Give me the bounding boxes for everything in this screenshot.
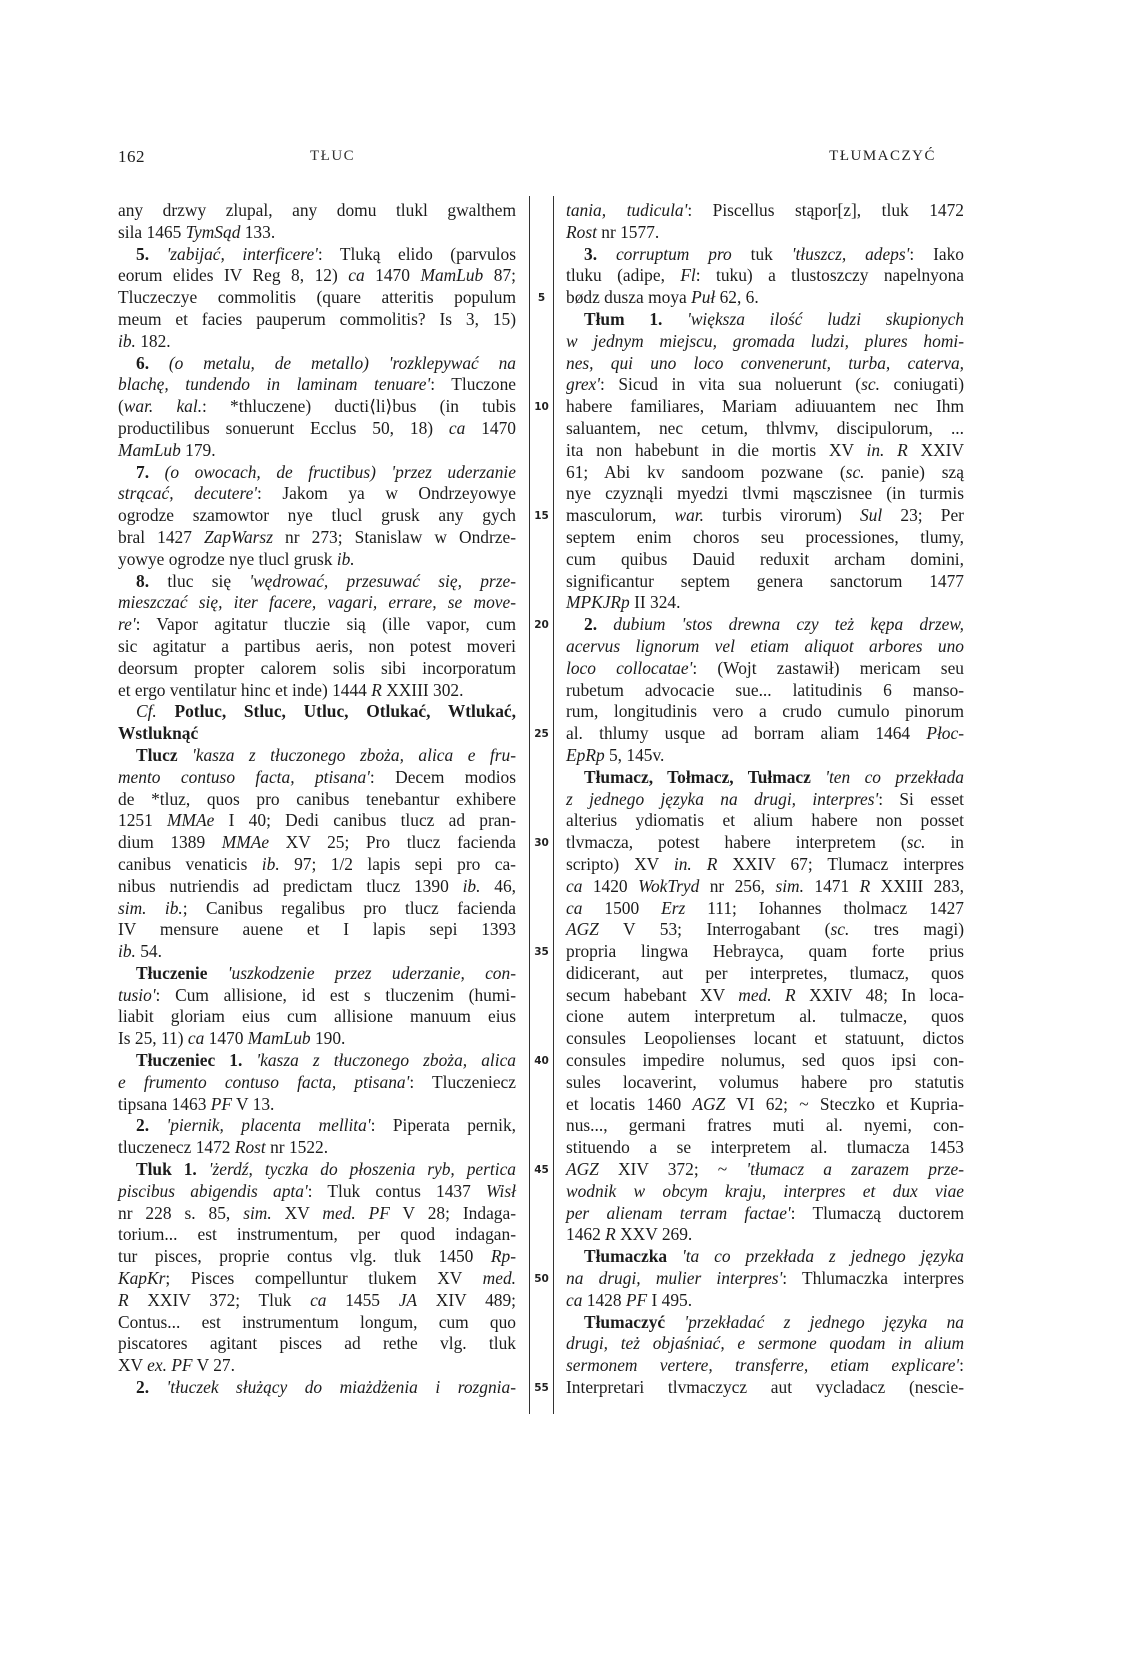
italic-text: R — [605, 1224, 616, 1244]
text-line: AGZ XIV 372; ~ 'tłumacz a zarazem prze- — [566, 1159, 964, 1181]
text-run: et locatis 1460 — [566, 1094, 692, 1114]
italic-text: Płoc- — [926, 723, 964, 743]
headword: Tłumaczka — [584, 1246, 667, 1266]
text-line: 3. corruptum pro tuk 'tłuszcz, adeps': I… — [566, 244, 964, 266]
italic-text: 'kasza z tłuczonego zboża, alica — [256, 1050, 516, 1070]
text-run — [178, 745, 193, 765]
text-line: MamLub 179. — [118, 440, 516, 462]
text-run: al. thlumy usque ad borram aliam 1464 — [566, 723, 926, 743]
text-line: sic agitatur a partibus aeris, non potes… — [118, 636, 516, 658]
italic-text: ZapWarsz — [204, 527, 273, 547]
text-run: bral 1427 — [118, 527, 204, 547]
text-line: 61; Abi kv sandoom pozwane (sc. panie) s… — [566, 462, 964, 484]
line-number: 45 — [531, 1164, 552, 1176]
italic-text: sc. — [861, 374, 880, 394]
headword: 8. — [136, 571, 149, 591]
text-run: 1455 — [327, 1290, 399, 1310]
text-line: tlvmacza, potest habere interpretem (sc.… — [566, 832, 964, 854]
headword: Tłumacz, Tołmacz, Tułmacz — [584, 767, 811, 787]
text-line: nibus nutriendis ad predictam tlucz 1390… — [118, 876, 516, 898]
italic-text: sim. — [775, 876, 804, 896]
italic-text: R — [118, 1290, 129, 1310]
text-run: tres magi) — [849, 919, 964, 939]
text-run: 1500 — [582, 898, 661, 918]
text-run: : tuku) a tlustoszczy napelnyona — [696, 265, 964, 285]
italic-text: in. — [674, 854, 692, 874]
italic-text: corruptum pro — [616, 244, 732, 264]
text-line: rubetum advocacie sue... latitudinis 6 m… — [566, 680, 964, 702]
text-line: rum, longitudinis vero a crudo cumulo pi… — [566, 701, 964, 723]
text-line: sules locaverint, volumus habere pro sta… — [566, 1072, 964, 1094]
text-run — [207, 963, 227, 983]
italic-text: ca — [348, 265, 364, 285]
text-run: sila 1465 — [118, 222, 186, 242]
headword: 6. — [136, 353, 149, 373]
italic-text: 'żerdź, tyczka do płoszenia ryb, pertica — [209, 1159, 516, 1179]
text-run: cione autem interpretum al. tulmacze, qu… — [566, 1006, 964, 1026]
text-run: XV — [272, 1203, 323, 1223]
italic-text: ca — [188, 1028, 204, 1048]
headword: Tłuczenie — [136, 963, 207, 983]
text-line: habere familiares, Mariam adiuuantem nec… — [566, 396, 964, 418]
text-run: 1428 — [582, 1290, 625, 1310]
text-line: 6. (o metalu, de metallo) 'rozklepywać n… — [118, 353, 516, 375]
text-run: VI 62; ~ Steczko et Kupria- — [725, 1094, 964, 1114]
text-run: XIV 372; ~ — [599, 1159, 746, 1179]
text-run — [772, 985, 785, 1005]
text-line: sermonem vertere, transferre, etiam expl… — [566, 1355, 964, 1377]
italic-text: R — [897, 440, 908, 460]
italic-text: strącać, decutere' — [118, 483, 257, 503]
text-run: ita non habebunt in die mortis XV — [566, 440, 867, 460]
text-run: any drzwy zlupal, any domu tlukl gwalthe… — [118, 200, 516, 220]
text-line: Tłum 1. 'większa ilość ludzi skupionych — [566, 309, 964, 331]
text-run: : Tluczeniecz — [409, 1072, 516, 1092]
italic-text: med. — [322, 1203, 355, 1223]
text-line: eorum elides IV Reg 8, 12) ca 1470 MamLu… — [118, 265, 516, 287]
text-run: in — [926, 832, 964, 852]
text-line: sim. ib.; Canibus regalibus pro tlucz fa… — [118, 898, 516, 920]
text-line: EpRp 5, 145v. — [566, 745, 964, 767]
headword: 2. — [136, 1377, 149, 1397]
text-run: : Iako — [909, 244, 964, 264]
text-run: piscatores agitant pisces ad rethe vlg. … — [118, 1333, 516, 1353]
text-run — [597, 244, 616, 264]
italic-text: war. kal. — [124, 396, 202, 416]
text-line: et locatis 1460 AGZ VI 62; ~ Steczko et … — [566, 1094, 964, 1116]
text-run: 190. — [311, 1028, 346, 1048]
text-line: canibus venaticis ib. 97; 1/2 lapis sepi… — [118, 854, 516, 876]
text-line: ca 1428 PF I 495. — [566, 1290, 964, 1312]
text-run — [149, 1377, 167, 1397]
italic-text: re' — [118, 614, 136, 634]
text-line: cum quibus Dauid reduxit archam domini, — [566, 549, 964, 571]
italic-text: wodnik w obcym kraju, interpres et dux v… — [566, 1181, 964, 1201]
text-run: 182. — [136, 331, 171, 351]
text-line: cione autem interpretum al. tulmacze, qu… — [566, 1006, 964, 1028]
italic-text: piscibus abigendis apta' — [118, 1181, 308, 1201]
headword: Tłum 1. — [584, 309, 662, 329]
text-line: (war. kal.: *thluczene) ducti⟨li⟩bus (in… — [118, 396, 516, 418]
text-line: tluczenecz 1472 Rost nr 1522. — [118, 1137, 516, 1159]
left-text-column: any drzwy zlupal, any domu tlukl gwalthe… — [118, 200, 516, 1399]
text-run: : Vapor agitatur tluczie sią (ille vapor… — [136, 614, 516, 634]
text-line: blachę, tundendo in laminam tenuare': Tl… — [118, 374, 516, 396]
text-run: tipsana 1463 — [118, 1094, 211, 1114]
text-run: sic agitatur a partibus aeris, non potes… — [118, 636, 516, 656]
text-run: didicerant, aut per interpretes, tlumacz… — [566, 963, 964, 983]
text-run: consules impedire nolumus, sed quos ipsi… — [566, 1050, 964, 1070]
text-run: deorsum propter calorem solis sibi incor… — [118, 658, 516, 678]
text-run: XIV 489; — [417, 1290, 516, 1310]
headword: 2. — [584, 614, 597, 634]
text-run: nr 228 s. 85, — [118, 1203, 243, 1223]
text-run: 61; Abi kv sandoom pozwane ( — [566, 462, 846, 482]
italic-text: sc. — [907, 832, 926, 852]
text-line: XV ex. PF V 27. — [118, 1355, 516, 1377]
text-run — [149, 1115, 166, 1135]
headword: Potluc, Stluc, Utluc, Otlukać, Wtlukać, — [174, 701, 516, 721]
text-run: nus..., germani fratres muti al. nyemi, … — [566, 1115, 964, 1135]
line-number: 35 — [531, 946, 552, 958]
text-run: : Cum allisione, id est s tluczenim (hum… — [156, 985, 516, 1005]
text-run: torium... est instrumentum, per quod ind… — [118, 1224, 516, 1244]
text-run: XXIV — [908, 440, 964, 460]
text-line: septem enim choros seu processiones, tlu… — [566, 527, 964, 549]
italic-text: Erz — [661, 898, 685, 918]
text-line: Tłuczenie 'uszkodzenie przez uderzanie, … — [118, 963, 516, 985]
italic-text: 'większa ilość ludzi skupionych — [687, 309, 964, 329]
italic-text: ca — [310, 1290, 326, 1310]
text-run — [356, 1203, 369, 1223]
italic-text: sim. — [243, 1203, 272, 1223]
text-line: acervus lignorum vel etiam aliquot arbor… — [566, 636, 964, 658]
text-line: stituendo a se interpretem al. tlumacza … — [566, 1137, 964, 1159]
text-run — [884, 440, 897, 460]
line-number: 30 — [531, 837, 552, 849]
text-run: 1471 — [804, 876, 860, 896]
italic-text: PF — [171, 1355, 192, 1375]
headword: 3. — [584, 244, 597, 264]
text-line: ib. 182. — [118, 331, 516, 353]
italic-text: Cf. — [136, 701, 157, 721]
text-run: tluczenecz 1472 — [118, 1137, 235, 1157]
text-line: liabit gloriam eius cum allisione manuum… — [118, 1006, 516, 1028]
text-line: Tłumaczyć 'przekładać z jednego języka n… — [566, 1312, 964, 1334]
italic-text: 'zabijać, interficere' — [167, 244, 318, 264]
text-line: Contus... est instrumentum longum, cum q… — [118, 1312, 516, 1334]
text-run — [665, 1312, 684, 1332]
text-run — [157, 701, 175, 721]
text-run: rum, longitudinis vero a crudo cumulo pi… — [566, 701, 964, 721]
text-line: z jednego języka na drugi, interpres': S… — [566, 789, 964, 811]
headword: 2. — [136, 1115, 149, 1135]
text-line: 1251 MMAe I 40; Dedi canibus tlucz ad pr… — [118, 810, 516, 832]
headword: Tłuczeniec 1. — [136, 1050, 242, 1070]
text-run — [149, 353, 169, 373]
text-line: Rost nr 1577. — [566, 222, 964, 244]
italic-text: sim. ib. — [118, 898, 183, 918]
text-run: XV — [118, 1355, 147, 1375]
text-run: rubetum advocacie sue... latitudinis 6 m… — [566, 680, 964, 700]
text-line: dium 1389 MMAe XV 25; Pro tlucz facienda — [118, 832, 516, 854]
italic-text: war. — [675, 505, 704, 525]
text-line: yowye ogrodze nye tlucl grusk ib. — [118, 549, 516, 571]
text-line: masculorum, war. turbis virorum) Sul 23;… — [566, 505, 964, 527]
text-run: : (Wojt zastawił) mericam seu — [692, 658, 964, 678]
text-line: AGZ V 53; Interrogabant (sc. tres magi) — [566, 919, 964, 941]
text-run: nr 1522. — [266, 1137, 328, 1157]
italic-text: TymSąd — [186, 222, 241, 242]
italic-text: JA — [399, 1290, 417, 1310]
italic-text: ib. — [118, 331, 136, 351]
text-run: tur pisces, proprie contus vlg. tluk 145… — [118, 1246, 491, 1266]
text-run — [811, 767, 825, 787]
text-line: tania, tudicula': Piscellus stąpor[z], t… — [566, 200, 964, 222]
text-run: nibus nutriendis ad predictam tlucz 1390 — [118, 876, 463, 896]
text-run — [149, 462, 165, 482]
text-run: panie) szą — [865, 462, 964, 482]
text-run — [692, 854, 707, 874]
italic-text: 'tłuszcz, adeps' — [792, 244, 910, 264]
text-run: : Tlumaczą ductorem — [791, 1203, 964, 1223]
text-line: na drugi, mulier interpres': Thlumaczka … — [566, 1268, 964, 1290]
text-line: re': Vapor agitatur tluczie sią (ille va… — [118, 614, 516, 636]
italic-text: Wisł — [486, 1181, 516, 1201]
text-line: loco collocatae': (Wojt zastawił) merica… — [566, 658, 964, 680]
text-run: nr 273; Stanislaw w Ondrze- — [273, 527, 516, 547]
italic-text: 'kasza z tłuczonego zboża, alica e fru- — [192, 745, 516, 765]
text-line: piscatores agitant pisces ad rethe vlg. … — [118, 1333, 516, 1355]
text-line: tluku (adipe, Fl: tuku) a tlustoszczy na… — [566, 265, 964, 287]
italic-text: MMAe — [222, 832, 269, 852]
text-run: bødz dusza moya — [566, 287, 691, 307]
text-run: 133. — [240, 222, 275, 242]
italic-text: PF — [626, 1290, 647, 1310]
italic-text: 'wędrować, przesuwać się, prze- — [249, 571, 516, 591]
text-run: coniugati) — [880, 374, 964, 394]
text-run: V 53; Interrogabant ( — [599, 919, 831, 939]
text-line: meum et facies pauperum commolitis? Is 3… — [118, 309, 516, 331]
italic-text: tania, tudicula' — [566, 200, 687, 220]
italic-text: Fl — [680, 265, 695, 285]
text-run: dium 1389 — [118, 832, 222, 852]
page-number: 162 — [118, 147, 145, 167]
text-line: nes, qui uno loco convenerunt, turba, ca… — [566, 353, 964, 375]
text-line: MPKJRp II 324. — [566, 592, 964, 614]
text-line: strącać, decutere': Jakom ya w Ondrzeyow… — [118, 483, 516, 505]
text-run: XV 25; Pro tlucz facienda — [269, 832, 516, 852]
text-run: tluc się — [149, 571, 249, 591]
text-line: IV mensure auene et I lapis sepi 1393 — [118, 919, 516, 941]
text-run: : Sicud in vita sua noluerunt ( — [600, 374, 861, 394]
text-line: de *tluz, quos pro canibus tenebantur ex… — [118, 789, 516, 811]
text-line: significantur septem genera sanctorum 14… — [566, 571, 964, 593]
text-line: sila 1465 TymSąd 133. — [118, 222, 516, 244]
text-run: 23; Per — [882, 505, 964, 525]
italic-text: MPKJRp — [566, 592, 630, 612]
italic-text: Rp- — [491, 1246, 516, 1266]
text-run: saluantem, nec cetum, thlvmv, discipulor… — [566, 418, 964, 438]
text-line: ca 1500 Erz 111; Iohannes tholmacz 1427 — [566, 898, 964, 920]
italic-text: MMAe — [167, 810, 214, 830]
text-line: w jednym miejscu, gromada ludzi, plures … — [566, 331, 964, 353]
headword: Tluk 1. — [136, 1159, 197, 1179]
italic-text: w jednym miejscu, gromada ludzi, plures … — [566, 331, 964, 351]
text-line: any drzwy zlupal, any domu tlukl gwalthe… — [118, 200, 516, 222]
italic-text: 'tłuczek służący do miażdżenia i rozgnia… — [167, 1377, 516, 1397]
text-run: tlvmacza, potest habere interpretem ( — [566, 832, 907, 852]
text-line: 7. (o owocach, de fructibus) 'przez uder… — [118, 462, 516, 484]
italic-text: mieszczać się, iter facere, vagari, erra… — [118, 592, 516, 612]
text-line: deorsum propter calorem solis sibi incor… — [118, 658, 516, 680]
text-run: I 40; Dedi canibus tlucz ad pran- — [214, 810, 516, 830]
line-number: 10 — [531, 401, 552, 413]
italic-text: R — [371, 680, 382, 700]
text-line: e frumento contuso facta, ptisana': Tluc… — [118, 1072, 516, 1094]
italic-text: R — [785, 985, 796, 1005]
italic-text: acervus lignorum vel etiam aliquot arbor… — [566, 636, 964, 656]
text-run: V 13. — [232, 1094, 274, 1114]
text-run — [242, 1050, 256, 1070]
text-line: consules Leopolienses locant et statuunt… — [566, 1028, 964, 1050]
text-run: XXIV 67; Tlumacz interpres — [717, 854, 964, 874]
text-line: Tluczeczye commolitis (quare atteritis p… — [118, 287, 516, 309]
italic-text: MamLub — [248, 1028, 311, 1048]
text-line: tusio': Cum allisione, id est s tluczeni… — [118, 985, 516, 1007]
text-run — [197, 1159, 209, 1179]
text-run: cum quibus Dauid reduxit archam domini, — [566, 549, 964, 569]
text-run: II 324. — [630, 592, 681, 612]
italic-text: AGZ — [566, 1159, 599, 1179]
text-line: didicerant, aut per interpretes, tlumacz… — [566, 963, 964, 985]
italic-text: ca — [566, 876, 582, 896]
text-run: Contus... est instrumentum longum, cum q… — [118, 1312, 516, 1332]
text-run: V 28; Indaga- — [390, 1203, 516, 1223]
italic-text: med. — [738, 985, 771, 1005]
line-number: 55 — [531, 1382, 552, 1394]
text-line: nye czyznąli myedzi tlvmi mąsczisnee (in… — [566, 483, 964, 505]
text-line: scripto) XV in. R XXIV 67; Tlumacz inter… — [566, 854, 964, 876]
text-line: Is 25, 11) ca 1470 MamLub 190. — [118, 1028, 516, 1050]
text-run: productilibus sonuerunt Ecclus 50, 18) — [118, 418, 449, 438]
text-line: propria lingwa Hebrayca, quam forte priu… — [566, 941, 964, 963]
text-run: : Jakom ya w Ondrzeyowye — [257, 483, 516, 503]
text-run: Interpretari tlvmaczycz aut vycladacz (n… — [566, 1377, 964, 1397]
text-line: et ergo ventilatur hinc et inde) 1444 R … — [118, 680, 516, 702]
text-line: Cf. Potluc, Stluc, Utluc, Otlukać, Wtluk… — [118, 701, 516, 723]
text-line: bødz dusza moya Puł 62, 6. — [566, 287, 964, 309]
text-run: septem enim choros seu processiones, tlu… — [566, 527, 964, 547]
text-run: significantur septem genera sanctorum 14… — [566, 571, 964, 591]
text-line: Tluk 1. 'żerdź, tyczka do płoszenia ryb,… — [118, 1159, 516, 1181]
text-line: Interpretari tlvmaczycz aut vycladacz (n… — [566, 1377, 964, 1399]
italic-text: blachę, tundendo in laminam tenuare' — [118, 374, 430, 394]
text-line: Tlucz 'kasza z tłuczonego zboża, alica e… — [118, 745, 516, 767]
text-line: ca 1420 WokTryd nr 256, sim. 1471 R XXII… — [566, 876, 964, 898]
text-run: consules Leopolienses locant et statuunt… — [566, 1028, 964, 1048]
text-line: secum habebant XV med. R XXIV 48; In loc… — [566, 985, 964, 1007]
italic-text: sc. — [846, 462, 865, 482]
text-run: 97; 1/2 lapis sepi pro ca- — [280, 854, 516, 874]
text-run: Tluczeczye commolitis (quare atteritis p… — [118, 287, 516, 307]
italic-text: 'przekładać z jednego języka na — [684, 1312, 964, 1332]
text-run: XXIII 302. — [382, 680, 464, 700]
text-line: 2. 'tłuczek służący do miażdżenia i rozg… — [118, 1377, 516, 1399]
text-run: ; Canibus regalibus pro tlucz facienda — [183, 898, 516, 918]
text-line: 8. tluc się 'wędrować, przesuwać się, pr… — [118, 571, 516, 593]
headword: 5. — [136, 244, 149, 264]
text-run: nye czyznąli myedzi tlvmi mąsczisnee (in… — [566, 483, 964, 503]
running-head-right: TŁUMACZYĆ — [829, 148, 936, 165]
text-run: XXIV 372; Tluk — [129, 1290, 310, 1310]
text-line: mieszczać się, iter facere, vagari, erra… — [118, 592, 516, 614]
text-line: 5. 'zabijać, interficere': Tluką elido (… — [118, 244, 516, 266]
text-run: 5, 145v. — [605, 745, 665, 765]
text-run — [597, 614, 613, 634]
italic-text: MamLub — [118, 440, 181, 460]
text-line: saluantem, nec cetum, thlvmv, discipulor… — [566, 418, 964, 440]
italic-text: PF — [211, 1094, 232, 1114]
italic-text: mento contuso facta, ptisana' — [118, 767, 370, 787]
text-line: ib. 54. — [118, 941, 516, 963]
text-run: ; Pisces compelluntur tlukem XV — [165, 1268, 482, 1288]
text-run: 87; — [483, 265, 516, 285]
text-line: 2. 'piernik, placenta mellita': Piperata… — [118, 1115, 516, 1137]
text-run: canibus venaticis — [118, 854, 262, 874]
text-line: wodnik w obcym kraju, interpres et dux v… — [566, 1181, 964, 1203]
italic-text: ca — [449, 418, 465, 438]
italic-text: sermonem vertere, transferre, etiam expl… — [566, 1355, 959, 1375]
text-run: eorum elides IV Reg 8, 12) — [118, 265, 348, 285]
text-line: 2. dubium 'stos drewna czy też kępa drze… — [566, 614, 964, 636]
text-run — [662, 309, 687, 329]
line-number: 5 — [531, 292, 552, 304]
text-run: V 27. — [193, 1355, 235, 1375]
italic-text: PF — [369, 1203, 390, 1223]
italic-text: in. — [867, 440, 885, 460]
italic-text: ib. — [337, 549, 355, 569]
headword: Tlucz — [136, 745, 178, 765]
italic-text: drugi, też objaśniać, e sermone quodam i… — [566, 1333, 964, 1353]
italic-text: Rost — [235, 1137, 266, 1157]
text-run: tuk — [732, 244, 792, 264]
italic-text: ex. — [147, 1355, 167, 1375]
italic-text: MamLub — [420, 265, 483, 285]
text-run: nr 1577. — [597, 222, 659, 242]
italic-text: ib. — [262, 854, 280, 874]
line-number: 25 — [531, 728, 552, 740]
text-run: 1470 — [365, 265, 421, 285]
italic-text: z jednego języka na drugi, interpres' — [566, 789, 878, 809]
headword: Wstluknąć — [118, 723, 198, 743]
italic-text: R — [860, 876, 871, 896]
italic-text: AGZ — [566, 919, 599, 939]
text-run: 1462 — [566, 1224, 605, 1244]
text-line: drugi, też objaśniać, e sermone quodam i… — [566, 1333, 964, 1355]
text-run: habere familiares, Mariam adiuuantem nec… — [566, 396, 964, 416]
italic-text: 'uszkodzenie przez uderzanie, con- — [228, 963, 516, 983]
text-run: : Si esset — [878, 789, 964, 809]
line-number: 15 — [531, 510, 552, 522]
italic-text: (o metalu, de metallo) 'rozklepywać na — [169, 353, 516, 373]
text-line: piscibus abigendis apta': Tluk contus 14… — [118, 1181, 516, 1203]
text-run: 179. — [181, 440, 216, 460]
text-line: KapKr; Pisces compelluntur tlukem XV med… — [118, 1268, 516, 1290]
italic-text: dubium 'stos drewna czy też kępa drzew, — [613, 614, 964, 634]
italic-text: (o owocach, de fructibus) 'przez uderzan… — [165, 462, 516, 482]
text-run: 1470 — [465, 418, 516, 438]
